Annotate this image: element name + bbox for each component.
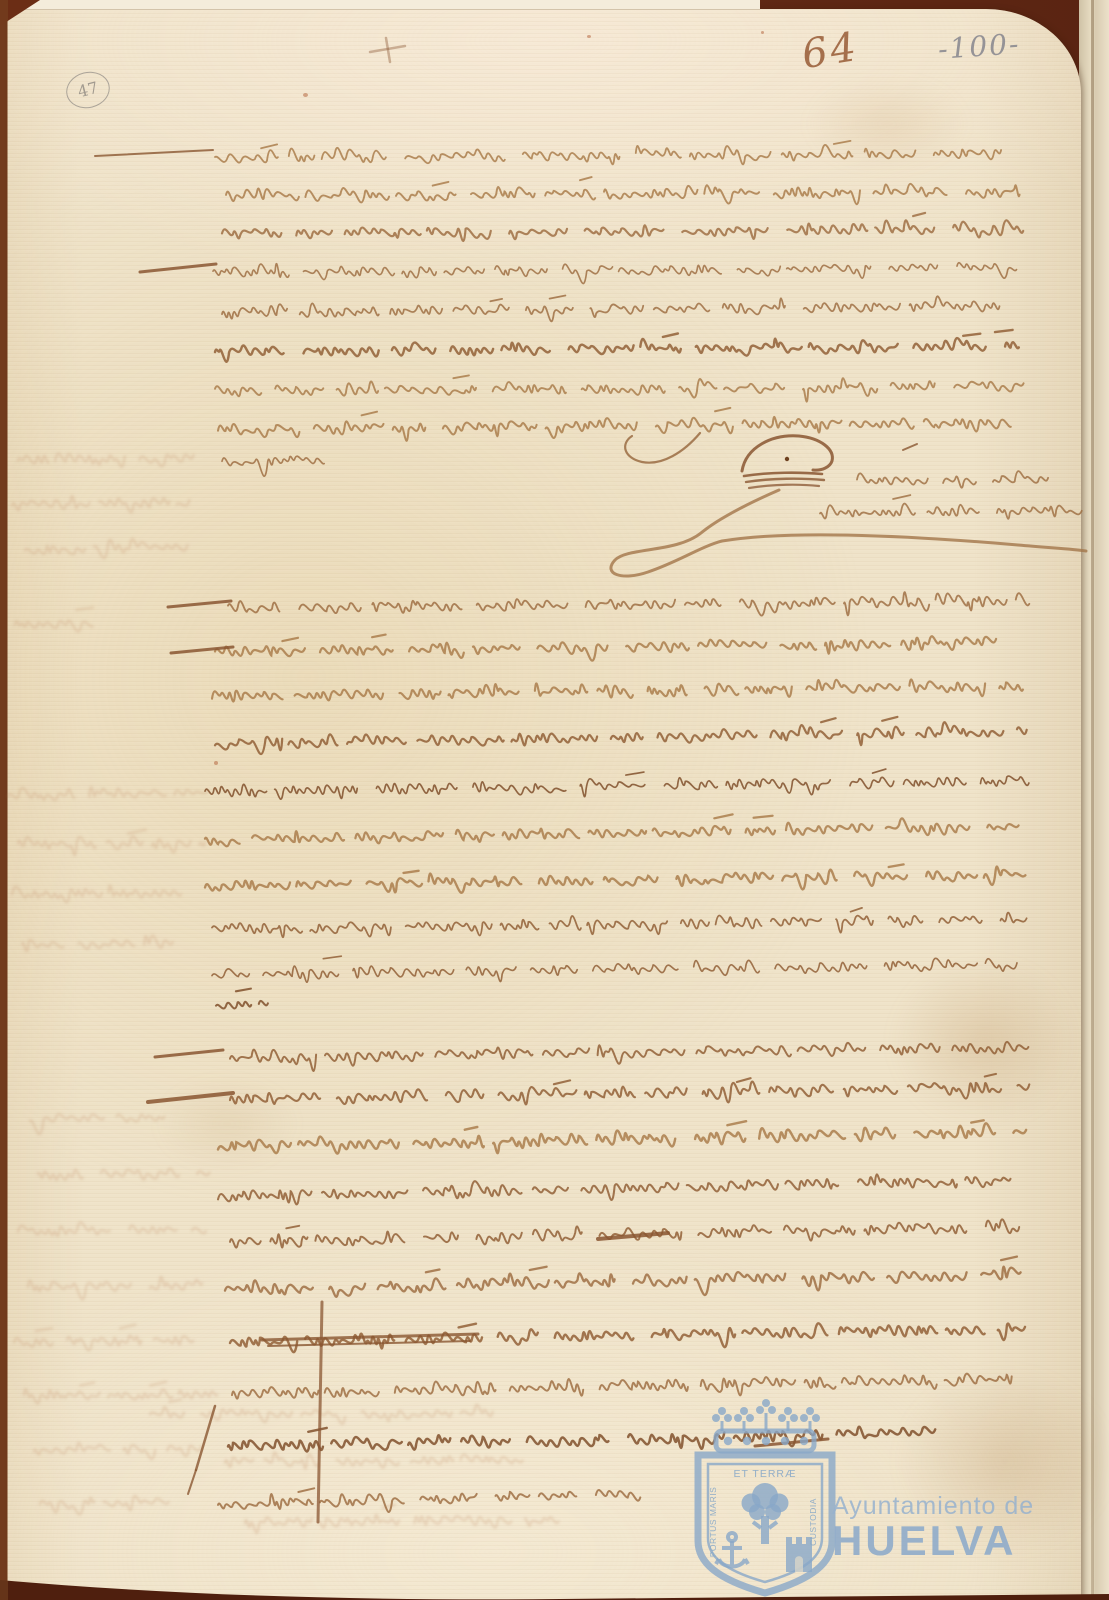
manuscript-scan: ET TERRÆ PORTUS MARIS CUSTODIA Ayuntamie… xyxy=(0,0,1109,1600)
backing-overlay xyxy=(0,0,1109,1600)
binding-edge xyxy=(0,0,8,1600)
bottom-backing-curve xyxy=(0,1580,1109,1600)
